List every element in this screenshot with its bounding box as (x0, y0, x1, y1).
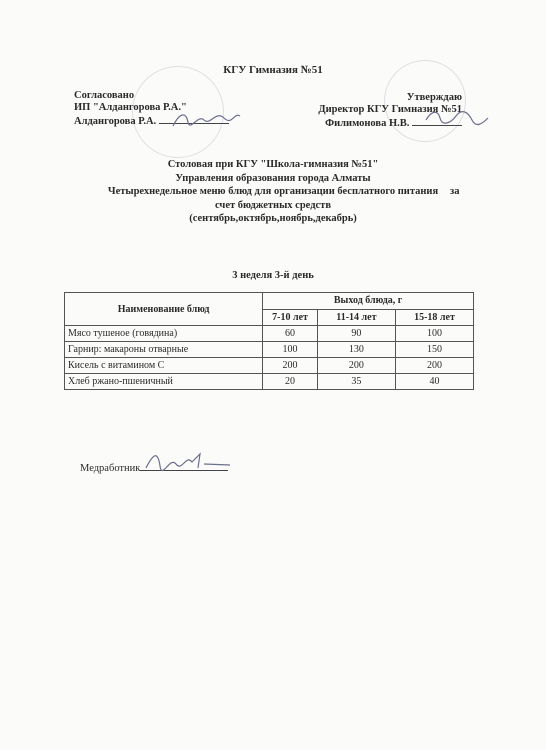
dish-name: Хлеб ржано-пшеничный (65, 374, 263, 390)
title-line2: Управления образования города Алматы (0, 172, 546, 186)
portion-value: 60 (263, 326, 318, 342)
title-line5: (сентябрь,октябрь,ноябрь,декабрь) (0, 212, 546, 226)
signature-left-icon (168, 104, 248, 134)
menu-table: Наименование блюд Выход блюда, г 7-10 ле… (64, 292, 474, 390)
col-header-age: 11-14 лет (317, 309, 395, 326)
portion-value: 100 (263, 342, 318, 358)
portion-value: 40 (395, 374, 473, 390)
col-header-name: Наименование блюд (65, 293, 263, 326)
document-page: КГУ Гимназия №51 Согласовано ИП "Алданго… (0, 0, 546, 750)
col-header-age: 15-18 лет (395, 309, 473, 326)
approval-left-line2: Алдангорова Р.А. (74, 116, 156, 127)
table-row: Мясо тушеное (говядина)6090100 (65, 326, 474, 342)
portion-value: 130 (317, 342, 395, 358)
dish-name: Кисель с витамином С (65, 358, 263, 374)
portion-value: 200 (317, 358, 395, 374)
signature-medworker-icon (140, 448, 240, 474)
portion-value: 35 (317, 374, 395, 390)
col-header-group: Выход блюда, г (263, 293, 474, 310)
signature-right-icon (422, 104, 492, 132)
portion-value: 150 (395, 342, 473, 358)
organization-name: КГУ Гимназия №51 (0, 64, 546, 76)
approval-right-label: Утверждаю (318, 92, 462, 104)
table-row: Хлеб ржано-пшеничный203540 (65, 374, 474, 390)
title-line1: Столовая при КГУ "Школа-гимназия №51" (0, 158, 546, 172)
portion-value: 90 (317, 326, 395, 342)
table-row: Гарнир: макароны отварные100130150 (65, 342, 474, 358)
col-header-age: 7-10 лет (263, 309, 318, 326)
approval-right-line2: Филимонова Н.В. (325, 118, 409, 129)
title-line3-suffix: за (450, 185, 459, 199)
dish-name: Гарнир: макароны отварные (65, 342, 263, 358)
approval-left-label: Согласовано (74, 90, 229, 102)
portion-value: 20 (263, 374, 318, 390)
week-day-heading: 3 неделя 3-й день (0, 270, 546, 281)
portion-value: 200 (263, 358, 318, 374)
title-line3: Четырехнедельное меню блюд для организац… (0, 185, 546, 199)
medworker-label: Медработник (80, 463, 140, 474)
dish-name: Мясо тушеное (говядина) (65, 326, 263, 342)
title-line4: счет бюджетных средств (0, 199, 546, 213)
portion-value: 100 (395, 326, 473, 342)
table-row: Кисель с витамином С200200200 (65, 358, 474, 374)
portion-value: 200 (395, 358, 473, 374)
document-title: Столовая при КГУ "Школа-гимназия №51" Уп… (0, 158, 546, 226)
